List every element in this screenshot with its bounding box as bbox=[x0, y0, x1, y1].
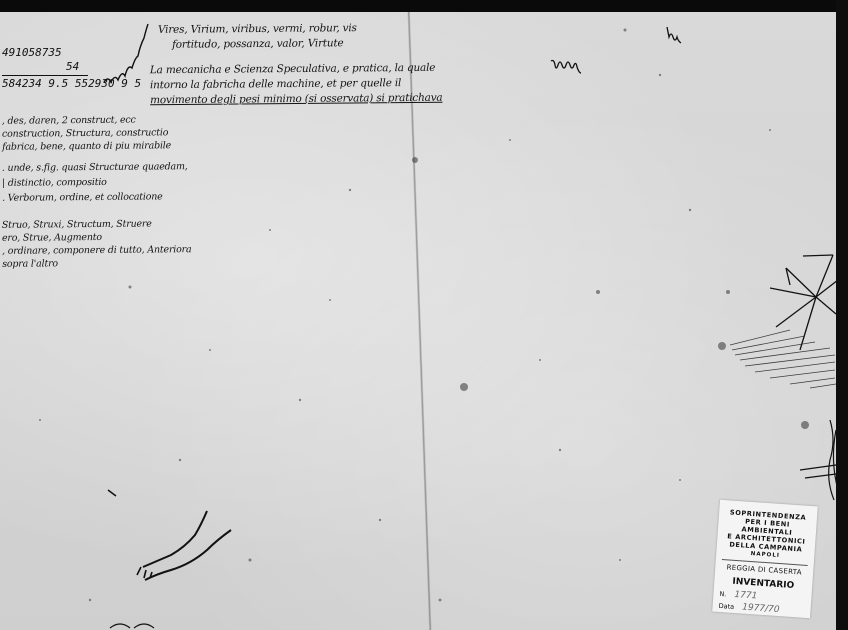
radiating-line-sketch bbox=[770, 255, 838, 350]
squiggle-scribbles bbox=[551, 27, 681, 73]
bottom-loop-marks bbox=[110, 624, 154, 628]
hatched-wing-sketch bbox=[730, 330, 836, 388]
inventory-label: SOPRINTENDENZA PER I BENI AMBIENTALI E A… bbox=[712, 500, 818, 619]
inventory-number-value: 1771 bbox=[734, 590, 758, 602]
wavy-pen-stroke bbox=[104, 24, 148, 82]
curved-stroke-sketch bbox=[800, 420, 838, 500]
limb-sketch bbox=[108, 490, 231, 580]
inventory-number-label: N. bbox=[719, 590, 726, 598]
inventory-date-label: Data bbox=[718, 602, 734, 611]
agency-name: SOPRINTENDENZA PER I BENI AMBIENTALI E A… bbox=[717, 500, 818, 555]
inventory-date-value: 1977/70 bbox=[742, 603, 780, 616]
